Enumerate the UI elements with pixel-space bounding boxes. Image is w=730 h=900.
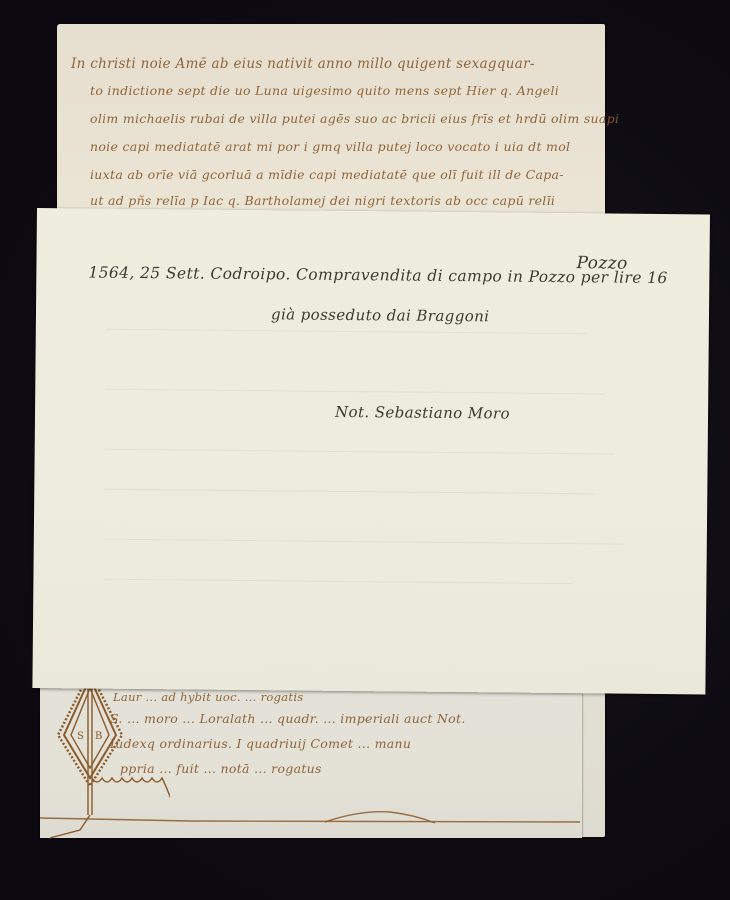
show-through-line [103, 579, 573, 585]
notary-signature: Not. Sebastiano Moro [335, 403, 510, 423]
show-through-line [106, 329, 586, 335]
parchment-line: to indictione sept die uo Luna uigesimo … [90, 83, 559, 98]
archival-summary-slip: Pozzo 1564, 25 Sett. Codroipo. Compraven… [32, 208, 710, 694]
parchment-line: noie capi mediatatē arat mi por i gmq vi… [90, 139, 570, 154]
show-through-line [104, 489, 594, 495]
notary-initial: S [77, 731, 84, 742]
notary-initial: B [95, 731, 102, 742]
show-through-line [105, 449, 615, 455]
show-through-line [105, 389, 605, 395]
summary-line-2: già posseduto dai Braggoni [271, 305, 490, 325]
parchment-line: olim michaelis rubai de villa putei agēs… [90, 111, 619, 126]
parchment-line: ut ad pñs relīa p Iac q. Bartholamej dei… [90, 193, 555, 208]
parchment-line: iuxta ab orīe viā gcorluā a mīdie capi m… [90, 167, 564, 182]
parchment-line: In christi noie Amē ab eius nativit anno… [71, 56, 535, 72]
show-through-line [104, 539, 624, 545]
